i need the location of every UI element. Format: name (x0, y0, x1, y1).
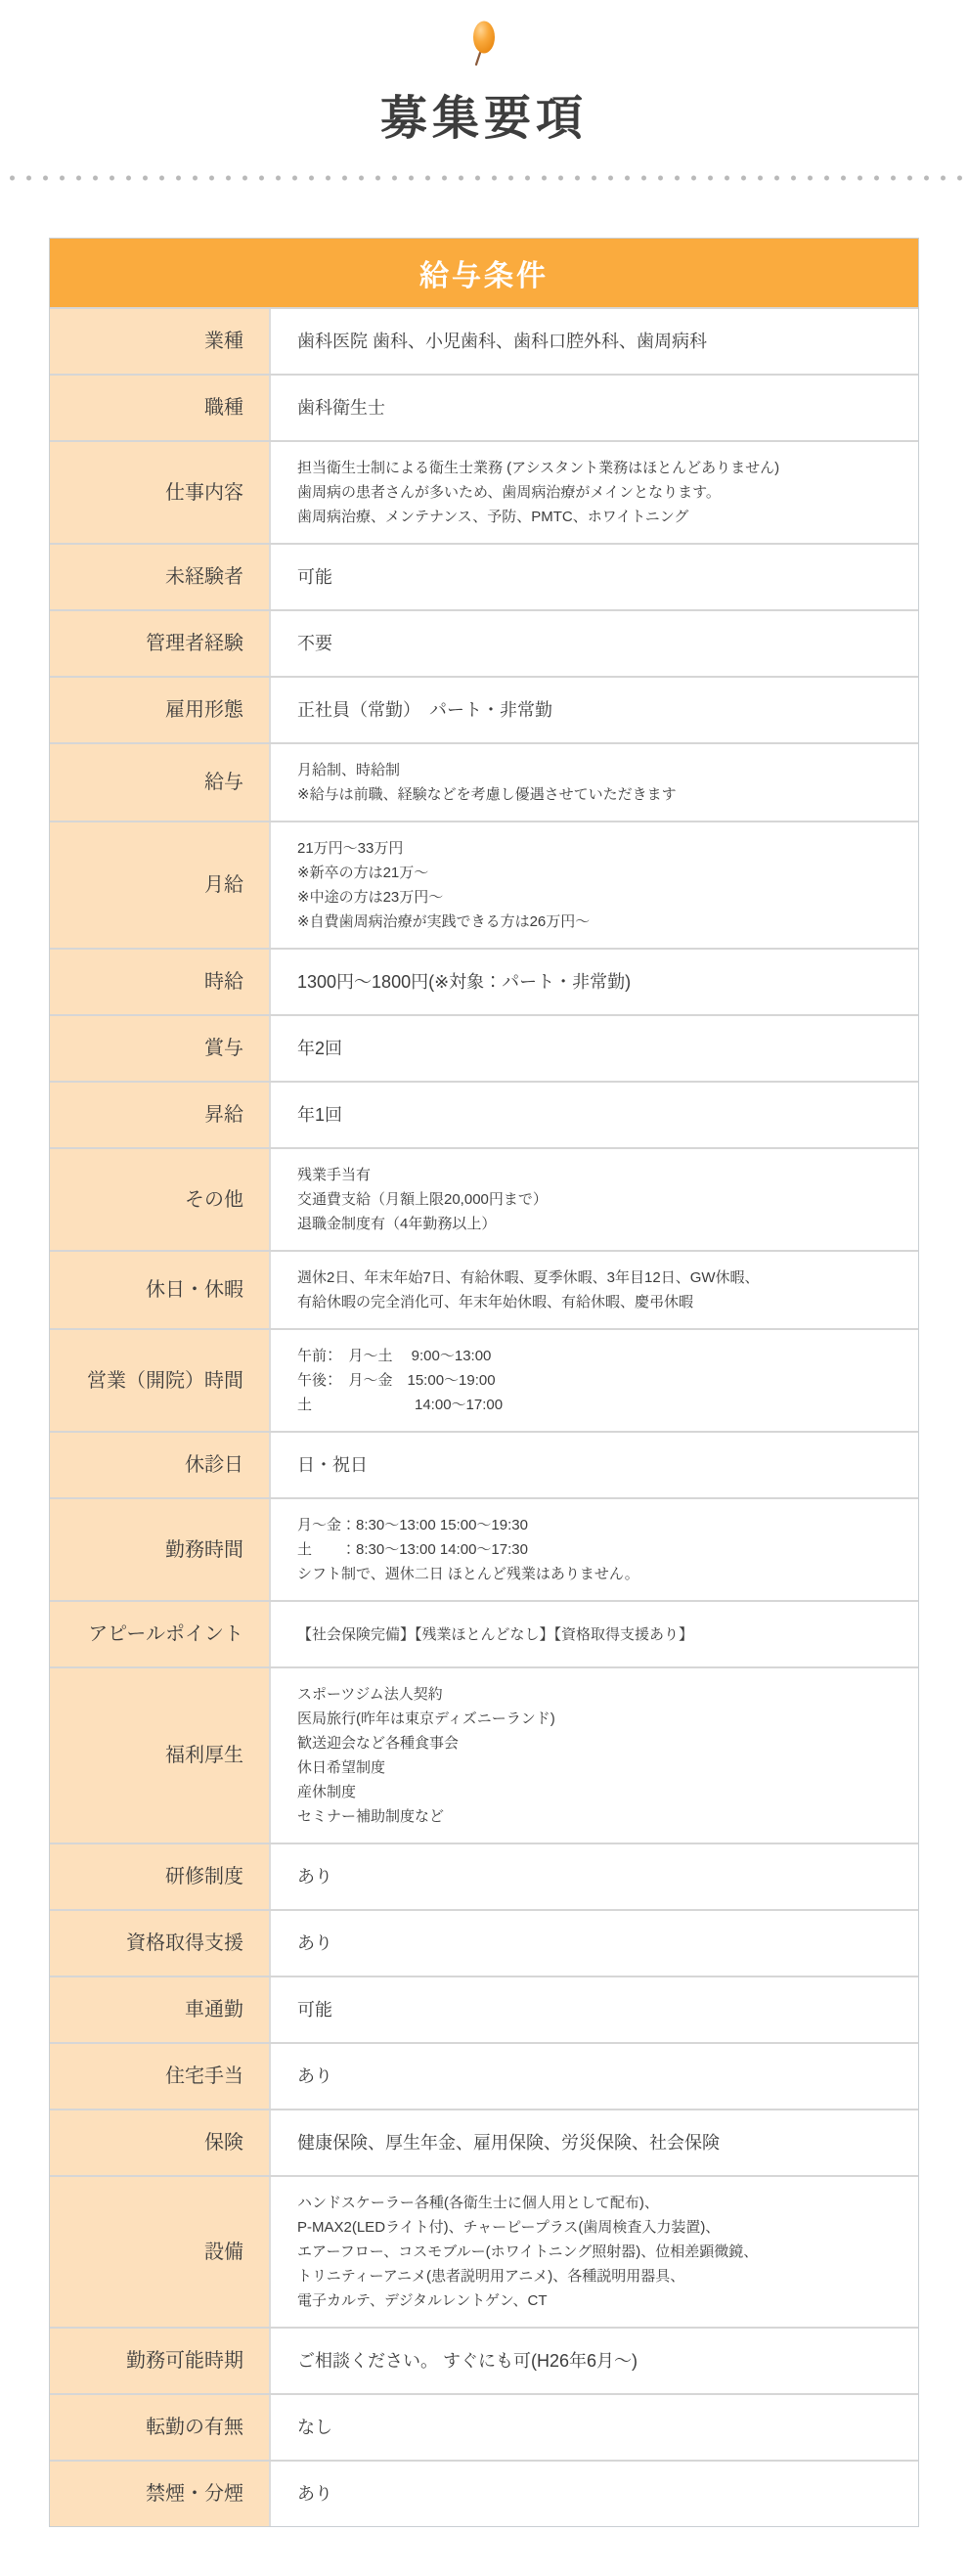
row-value-cell: 月給制、時給制 ※給与は前職、経験などを考慮し優遇させていただきます (271, 744, 918, 821)
dotted-divider (0, 175, 968, 181)
row-value: 月～金：8:30～13:00 15:00～19:30 土 ：8:30～13:00… (297, 1513, 639, 1586)
row-value: 残業手当有 交通費支給（月額上限20,000円まで） 退職金制度有（4年勤務以上… (297, 1163, 548, 1236)
row-value-cell: 【社会保険完備】【残業ほとんどなし】【資格取得支援あり】 (271, 1602, 918, 1666)
row-value: ご相談ください。 すぐにも可(H26年6月～) (297, 2348, 638, 2375)
row-label: 業種 (50, 309, 271, 374)
table-row: 転勤の有無 なし (50, 2393, 918, 2460)
table-row: 福利厚生 スポーツジム法人契約 医局旅行(昨年は東京ディズニーランド) 歓送迎会… (50, 1666, 918, 1843)
row-value: 正社員（常勤） パート・非常勤 (297, 697, 552, 724)
table-header: 給与条件 (50, 239, 918, 307)
row-label: 未経験者 (50, 545, 271, 609)
row-value: 健康保険、厚生年金、雇用保険、労災保険、社会保険 (297, 2130, 720, 2156)
bottom-spacer (0, 2527, 968, 2576)
row-label: 勤務時間 (50, 1499, 271, 1600)
row-label: 勤務可能時期 (50, 2329, 271, 2393)
row-label: 住宅手当 (50, 2044, 271, 2109)
row-label: 給与 (50, 744, 271, 821)
row-value: あり (297, 1931, 332, 1957)
row-value-cell: 1300円～1800円(※対象：パート・非常勤) (271, 950, 918, 1014)
table-row: 月給 21万円～33万円 ※新卒の方は21万～ ※中途の方は23万円～ ※自費歯… (50, 821, 918, 948)
table-row: 雇用形態 正社員（常勤） パート・非常勤 (50, 676, 918, 742)
table-row: 保険 健康保険、厚生年金、雇用保険、労災保険、社会保険 (50, 2109, 918, 2175)
table-row: その他 残業手当有 交通費支給（月額上限20,000円まで） 退職金制度有（4年… (50, 1147, 918, 1250)
table-row: 禁煙・分煙 あり (50, 2460, 918, 2526)
row-value-cell: 年1回 (271, 1083, 918, 1147)
salary-conditions-table: 給与条件 業種 歯科医院 歯科、小児歯科、歯科口腔外科、歯周病科 職種 歯科衛生… (49, 238, 919, 2527)
row-label: 休日・休暇 (50, 1252, 271, 1328)
row-label: 禁煙・分煙 (50, 2462, 271, 2526)
row-value: 不要 (297, 631, 332, 657)
row-value-cell: 歯科衛生士 (271, 376, 918, 440)
row-value-cell: 週休2日、年末年始7日、有給休暇、夏季休暇、3年目12日、GW休暇、 有給休暇の… (271, 1252, 918, 1328)
table-row: 業種 歯科医院 歯科、小児歯科、歯科口腔外科、歯周病科 (50, 307, 918, 374)
row-value: あり (297, 2064, 332, 2090)
row-value-cell: 21万円～33万円 ※新卒の方は21万～ ※中途の方は23万円～ ※自費歯周病治… (271, 822, 918, 948)
table-row: 仕事内容 担当衛生士制による衛生士業務 (アシスタント業務はほとんどありません)… (50, 440, 918, 543)
table-row: 営業（開院）時間 午前： 月～土 9:00～13:00 午後： 月～金 15:0… (50, 1328, 918, 1431)
row-value: 可能 (297, 564, 332, 591)
row-label: 昇給 (50, 1083, 271, 1147)
row-value-cell: あり (271, 1844, 918, 1909)
row-value: 月給制、時給制 ※給与は前職、経験などを考慮し優遇させていただきます (297, 758, 677, 807)
row-label: 設備 (50, 2177, 271, 2327)
row-label: 資格取得支援 (50, 1911, 271, 1976)
row-value: 担当衛生士制による衛生士業務 (アシスタント業務はほとんどありません) 歯周病の… (297, 456, 779, 529)
table-row: 未経験者 可能 (50, 543, 918, 609)
row-value-cell: 健康保険、厚生年金、雇用保険、労災保険、社会保険 (271, 2110, 918, 2175)
row-label: 保険 (50, 2110, 271, 2175)
row-label: 賞与 (50, 1016, 271, 1081)
row-value: スポーツジム法人契約 医局旅行(昨年は東京ディズニーランド) 歓送迎会など各種食… (297, 1682, 555, 1829)
row-label: 営業（開院）時間 (50, 1330, 271, 1431)
table-row: 職種 歯科衛生士 (50, 374, 918, 440)
row-value-cell: あり (271, 1911, 918, 1976)
row-label: アピールポイント (50, 1602, 271, 1666)
row-value-cell: 午前： 月～土 9:00～13:00 午後： 月～金 15:00～19:00 土… (271, 1330, 918, 1431)
row-value-cell: 年2回 (271, 1016, 918, 1081)
row-label: 管理者経験 (50, 611, 271, 676)
row-value: あり (297, 2481, 332, 2508)
row-value-cell: 歯科医院 歯科、小児歯科、歯科口腔外科、歯周病科 (271, 309, 918, 374)
row-value-cell: 正社員（常勤） パート・非常勤 (271, 678, 918, 742)
row-value-cell: 残業手当有 交通費支給（月額上限20,000円まで） 退職金制度有（4年勤務以上… (271, 1149, 918, 1250)
salary-table-body: 業種 歯科医院 歯科、小児歯科、歯科口腔外科、歯周病科 職種 歯科衛生士 仕事内… (50, 307, 918, 2526)
row-value-cell: 担当衛生士制による衛生士業務 (アシスタント業務はほとんどありません) 歯周病の… (271, 442, 918, 543)
row-label: 月給 (50, 822, 271, 948)
row-value-cell: ご相談ください。 すぐにも可(H26年6月～) (271, 2329, 918, 2393)
table-row: 休日・休暇 週休2日、年末年始7日、有給休暇、夏季休暇、3年目12日、GW休暇、… (50, 1250, 918, 1328)
row-value: ハンドスケーラー各種(各衛生士に個人用として配布)、 P-MAX2(LEDライト… (297, 2191, 758, 2313)
table-row: 休診日 日・祝日 (50, 1431, 918, 1497)
page-title: 募集要項 (0, 80, 968, 148)
row-value: 午前： 月～土 9:00～13:00 午後： 月～金 15:00～19:00 土… (297, 1344, 503, 1417)
row-label: 雇用形態 (50, 678, 271, 742)
row-value-cell: なし (271, 2395, 918, 2460)
row-value: 歯科医院 歯科、小児歯科、歯科口腔外科、歯周病科 (297, 329, 707, 355)
row-value-cell: 不要 (271, 611, 918, 676)
table-row: 給与 月給制、時給制 ※給与は前職、経験などを考慮し優遇させていただきます (50, 742, 918, 821)
table-row: アピールポイント 【社会保険完備】【残業ほとんどなし】【資格取得支援あり】 (50, 1600, 918, 1666)
row-value-cell: 可能 (271, 1977, 918, 2042)
page-header: 募集要項 (0, 0, 968, 148)
pushpin-icon (470, 18, 498, 70)
row-value-cell: あり (271, 2462, 918, 2526)
row-label: 休診日 (50, 1433, 271, 1497)
row-value: 年2回 (297, 1036, 342, 1062)
row-label: 職種 (50, 376, 271, 440)
row-label: 時給 (50, 950, 271, 1014)
table-row: 研修制度 あり (50, 1843, 918, 1909)
table-row: 勤務時間 月～金：8:30～13:00 15:00～19:30 土 ：8:30～… (50, 1497, 918, 1600)
row-value-cell: 月～金：8:30～13:00 15:00～19:30 土 ：8:30～13:00… (271, 1499, 918, 1600)
row-value: 【社会保険完備】【残業ほとんどなし】【資格取得支援あり】 (297, 1622, 693, 1647)
row-label: 研修制度 (50, 1844, 271, 1909)
table-row: 資格取得支援 あり (50, 1909, 918, 1976)
row-value-cell: ハンドスケーラー各種(各衛生士に個人用として配布)、 P-MAX2(LEDライト… (271, 2177, 918, 2327)
table-row: 賞与 年2回 (50, 1014, 918, 1081)
table-row: 管理者経験 不要 (50, 609, 918, 676)
row-label: 車通勤 (50, 1977, 271, 2042)
row-value: なし (297, 2415, 332, 2441)
table-row: 勤務可能時期 ご相談ください。 すぐにも可(H26年6月～) (50, 2327, 918, 2393)
row-value: 年1回 (297, 1102, 342, 1129)
row-label: 福利厚生 (50, 1668, 271, 1843)
row-value-cell: 可能 (271, 545, 918, 609)
row-value-cell: あり (271, 2044, 918, 2109)
row-label: 転勤の有無 (50, 2395, 271, 2460)
table-row: 時給 1300円～1800円(※対象：パート・非常勤) (50, 948, 918, 1014)
row-value: 日・祝日 (297, 1452, 368, 1479)
table-row: 住宅手当 あり (50, 2042, 918, 2109)
row-value-cell: 日・祝日 (271, 1433, 918, 1497)
row-value: 可能 (297, 1997, 332, 2023)
row-value: 21万円～33万円 ※新卒の方は21万～ ※中途の方は23万円～ ※自費歯周病治… (297, 836, 590, 934)
row-value: 週休2日、年末年始7日、有給休暇、夏季休暇、3年目12日、GW休暇、 有給休暇の… (297, 1266, 760, 1314)
table-row: 設備 ハンドスケーラー各種(各衛生士に個人用として配布)、 P-MAX2(LED… (50, 2175, 918, 2327)
row-value: あり (297, 1864, 332, 1890)
row-label: その他 (50, 1149, 271, 1250)
table-row: 昇給 年1回 (50, 1081, 918, 1147)
table-row: 車通勤 可能 (50, 1976, 918, 2042)
row-value: 1300円～1800円(※対象：パート・非常勤) (297, 969, 631, 996)
row-value: 歯科衛生士 (297, 395, 385, 422)
row-value-cell: スポーツジム法人契約 医局旅行(昨年は東京ディズニーランド) 歓送迎会など各種食… (271, 1668, 918, 1843)
row-label: 仕事内容 (50, 442, 271, 543)
